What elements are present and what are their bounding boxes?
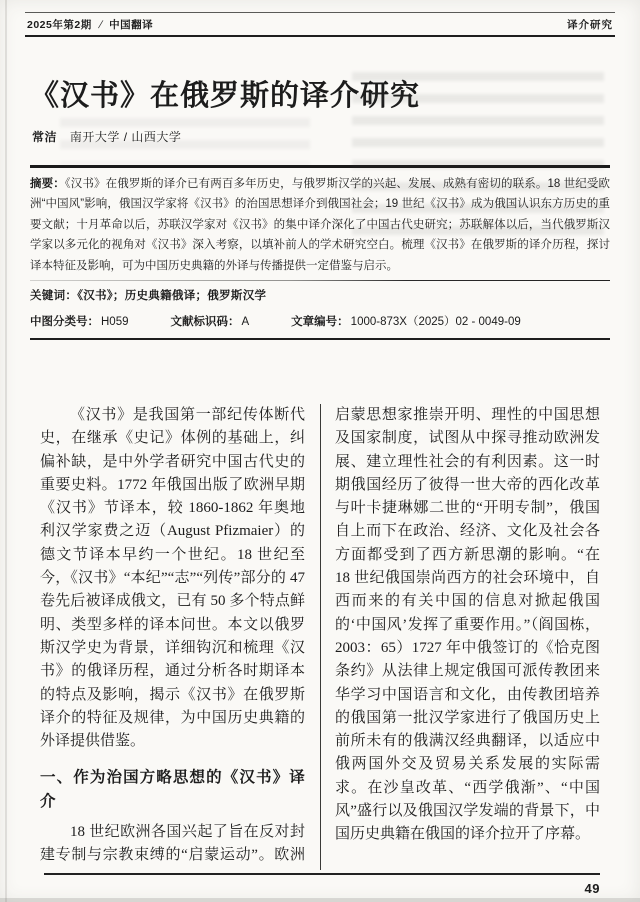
body-paragraph-1: 《汉书》是我国第一部纪传体断代史，在继承《史记》体例的基础上，纠偏补缺，是中外学… bbox=[40, 404, 305, 753]
article-id: 文章编号：1000-873X（2025）02 - 0049-09 bbox=[291, 312, 521, 333]
keywords-text: 《汉书》；历史典籍俄译；俄罗斯汉学 bbox=[77, 290, 266, 302]
abstract-block: 摘要：《汉书》在俄罗斯的译介已有两百多年历史，与俄罗斯汉学的兴起、发展、成熟有密… bbox=[30, 165, 610, 340]
header-bottom-rule bbox=[25, 35, 615, 37]
keywords-line: 关键词：《汉书》；历史典籍俄译；俄罗斯汉学 bbox=[30, 286, 610, 307]
journal-page: 2025年第2期 / 中国翻译 译介研究 《汉书》在俄罗斯的译介研究 常洁 南开… bbox=[0, 0, 640, 902]
section-1-heading: 一、作为治国方略思想的《汉书》译介 bbox=[40, 766, 305, 813]
abstract-paragraph: 摘要：《汉书》在俄罗斯的译介已有两百多年历史，与俄罗斯汉学的兴起、发展、成熟有密… bbox=[30, 174, 610, 277]
abstract-bottom-rule bbox=[30, 338, 610, 340]
header-left: 2025年第2期 / 中国翻译 bbox=[27, 17, 153, 32]
clc-value: H059 bbox=[101, 316, 129, 328]
author-name: 常洁 bbox=[32, 130, 57, 144]
author-affiliation: 南开大学 / 山西大学 bbox=[70, 130, 182, 144]
section-column-label: 译介研究 bbox=[567, 17, 613, 32]
abstract-text: 《汉书》在俄罗斯的译介已有两百多年历史，与俄罗斯汉学的兴起、发展、成熟有密切的联… bbox=[30, 178, 610, 272]
journal-name: 中国翻译 bbox=[109, 17, 153, 32]
footer-rule bbox=[44, 873, 600, 875]
document-code-label: 文献标识码： bbox=[171, 316, 240, 328]
clc-number: 中图分类号：H059 bbox=[30, 312, 129, 333]
abstract-divider-rule bbox=[30, 280, 610, 281]
article-id-value: 1000-873X（2025）02 - 0049-09 bbox=[351, 316, 521, 328]
article-id-label: 文章编号： bbox=[291, 316, 349, 328]
abstract-top-rule bbox=[30, 165, 610, 168]
article-meta-row: 中图分类号：H059 文献标识码：A 文章编号：1000-873X（2025）0… bbox=[30, 312, 610, 333]
scan-edge-artifact bbox=[5, 0, 7, 902]
document-code: 文献标识码：A bbox=[171, 312, 250, 333]
author-line: 常洁 南开大学 / 山西大学 bbox=[32, 128, 608, 145]
running-head: 2025年第2期 / 中国翻译 译介研究 bbox=[25, 12, 615, 37]
abstract-label: 摘要： bbox=[30, 178, 65, 190]
keywords-label: 关键词： bbox=[30, 290, 77, 302]
issue-label: 2025年第2期 bbox=[27, 17, 92, 32]
page-number: 49 bbox=[585, 881, 600, 896]
document-code-value: A bbox=[242, 316, 250, 328]
scan-edge-artifact bbox=[0, 898, 640, 902]
article-body-columns: 《汉书》是我国第一部纪传体断代史，在继承《史记》体例的基础上，纠偏补缺，是中外学… bbox=[40, 404, 600, 870]
article-title: 《汉书》在俄罗斯的译介研究 bbox=[30, 77, 610, 115]
header-slash-divider: / bbox=[97, 19, 104, 31]
clc-label: 中图分类号： bbox=[30, 316, 99, 328]
